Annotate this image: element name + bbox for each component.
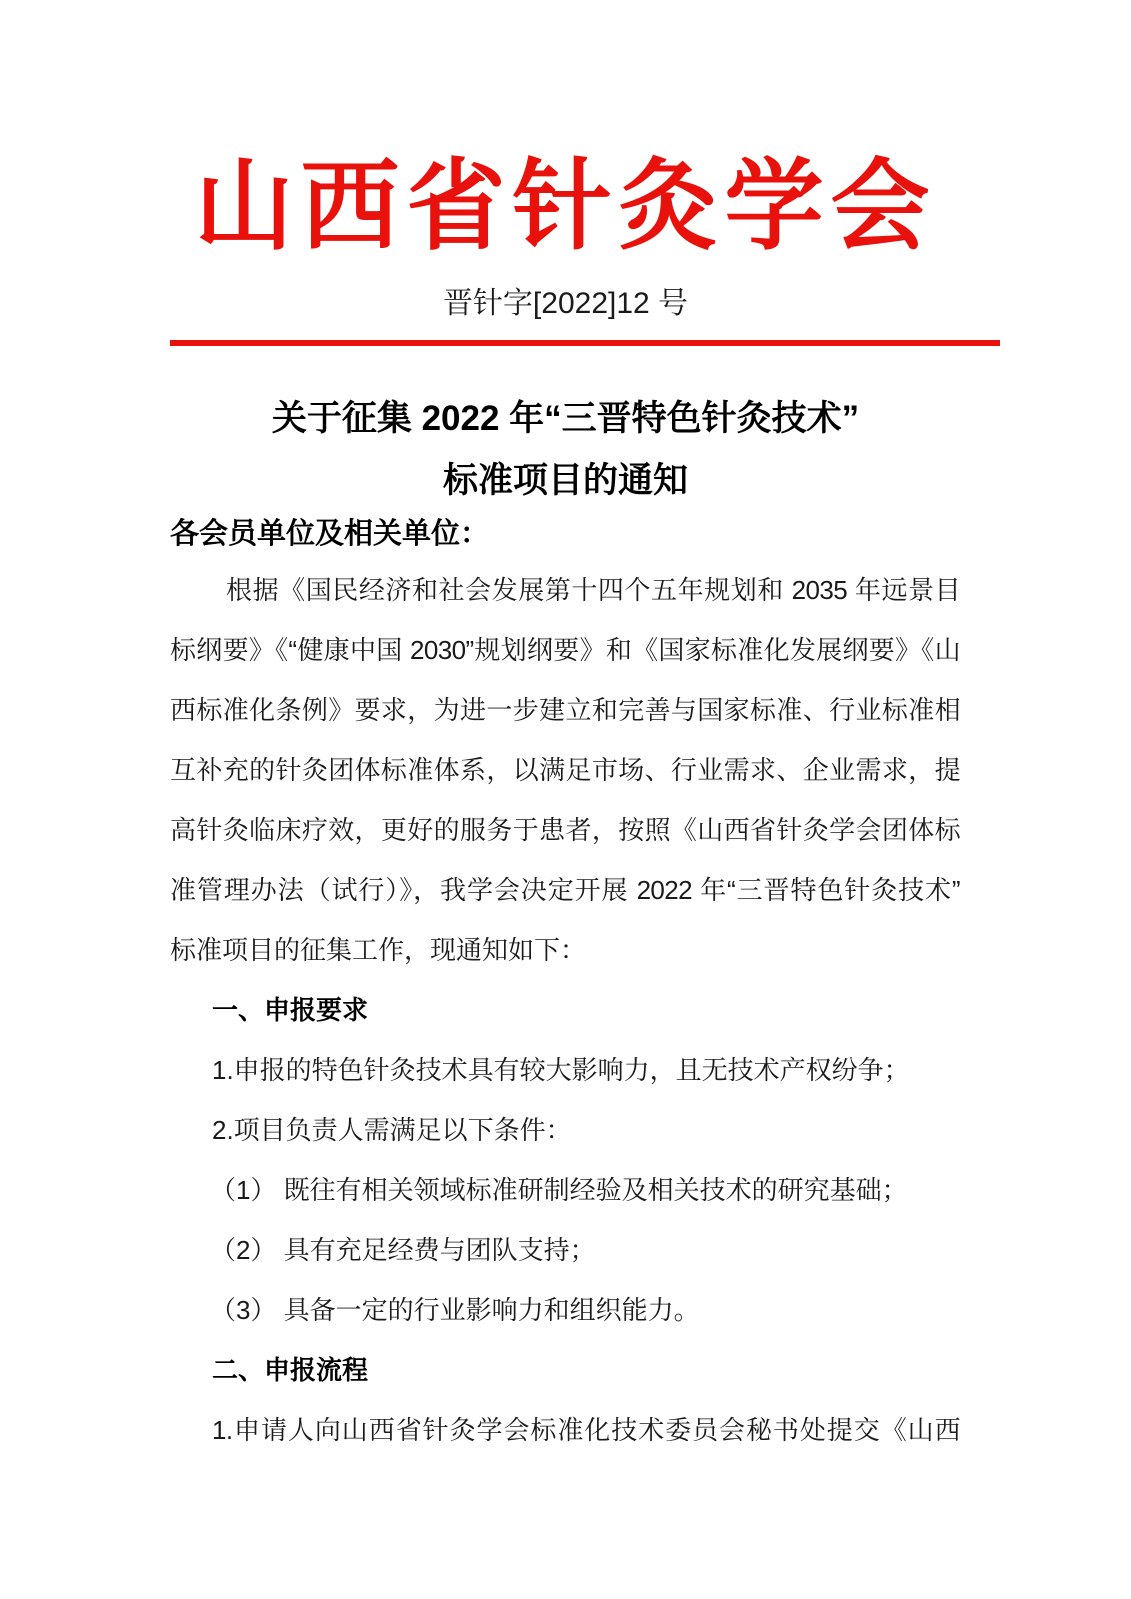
notice-title-line2: 标准项目的通知	[0, 450, 1131, 512]
document-page: 山西省针灸学会 晋针字[2022]12 号 关于征集 2022 年“三晋特色针灸…	[0, 0, 1131, 1599]
paragraph-line: 高针灸临床疗效，更好的服务于患者，按照《山西省针灸学会团体标	[170, 800, 960, 860]
paragraph-line: 标纲要》《“健康中国 2030”规划纲要》和《国家标准化发展纲要》《山	[170, 620, 960, 680]
section-2-heading: 二、申报流程	[170, 1340, 960, 1400]
doc-number: 晋针字[2022]12 号	[0, 286, 1131, 322]
org-title: 山西省针灸学会	[0, 0, 1131, 262]
paragraph-line: 准管理办法（试行）》，我学会决定开展 2022 年“三晋特色针灸技术”	[170, 860, 960, 920]
paragraph-line: 互补充的针灸团体标准体系，以满足市场、行业需求、企业需求，提	[170, 740, 960, 800]
notice-title: 关于征集 2022 年“三晋特色针灸技术” 标准项目的通知	[0, 388, 1131, 512]
section-1-item: 2.项目负责人需满足以下条件：	[170, 1100, 960, 1160]
notice-title-line1: 关于征集 2022 年“三晋特色针灸技术”	[0, 388, 1131, 450]
section-2-item: 1.申请人向山西省针灸学会标准化技术委员会秘书处提交《山西	[170, 1400, 960, 1460]
paragraph-line: 西标准化条例》要求，为进一步建立和完善与国家标准、行业标准相	[170, 680, 960, 740]
notice-body: 根据《国民经济和社会发展第十四个五年规划和 2035 年远景目 标纲要》《“健康…	[170, 560, 960, 1460]
section-1-subitem: （2） 具有充足经费与团队支持；	[170, 1220, 960, 1280]
paragraph-line: 标准项目的征集工作，现通知如下：	[170, 920, 960, 980]
red-divider-rule	[170, 340, 1000, 346]
salutation: 各会员单位及相关单位：	[170, 514, 960, 554]
section-1-subitem: （1） 既往有相关领域标准研制经验及相关技术的研究基础；	[170, 1160, 960, 1220]
section-1-heading: 一、申报要求	[170, 980, 960, 1040]
section-1-item: 1.申报的特色针灸技术具有较大影响力，且无技术产权纷争；	[170, 1040, 960, 1100]
paragraph-line: 根据《国民经济和社会发展第十四个五年规划和 2035 年远景目	[170, 560, 960, 620]
section-1-subitem: （3） 具备一定的行业影响力和组织能力。	[170, 1280, 960, 1340]
